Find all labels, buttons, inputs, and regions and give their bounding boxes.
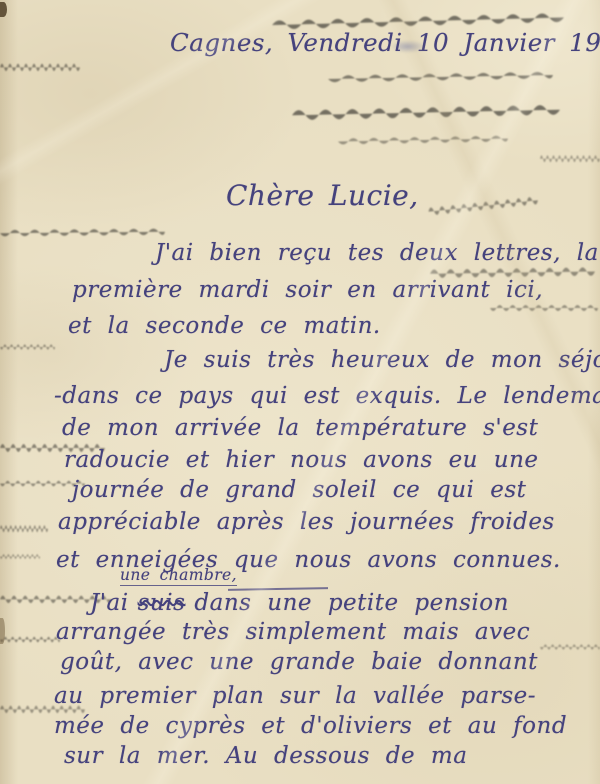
salutation: Chère Lucie,: [226, 178, 419, 213]
body-line-with-correction: J'aisuisdans une petite pension: [90, 589, 509, 618]
ghost-writing-line: [328, 66, 553, 88]
ghost-writing-line: [540, 150, 600, 164]
ghost-writing-line: [427, 190, 538, 217]
body-line: Je suis très heureux de mon séjour: [164, 346, 600, 375]
ghost-writing-line: [292, 97, 560, 123]
body-line: J'ai bien reçu tes deux lettres, la: [155, 239, 599, 268]
insertion-note: une chambre,: [120, 566, 237, 586]
dateline: Cagnes, Vendredi 10 Janvier 1941,: [170, 28, 600, 59]
ghost-writing-line: [540, 640, 600, 654]
letter-page: Cagnes, Vendredi 10 Janvier 1941, Chère …: [0, 0, 600, 784]
body-line: appréciable après les journées froides: [58, 508, 555, 537]
struck-word: suis: [138, 590, 186, 616]
body-line: mée de cyprès et d'oliviers et au fond: [54, 712, 567, 741]
body-line: arrangée très simplement mais avec: [56, 618, 530, 647]
line-text-before-correction: J'ai: [90, 590, 129, 616]
body-line: radoucie et hier nous avons eu une: [64, 446, 539, 475]
body-line: journée de grand soleil ce qui est: [72, 476, 526, 505]
line-text-after-correction: dans une petite pension: [194, 590, 508, 616]
ghost-writing-line: [0, 223, 165, 241]
ghost-writing-line: [0, 340, 55, 354]
body-line: goût, avec une grande baie donnant: [60, 648, 538, 677]
body-line: -dans ce pays qui est exquis. Le lendema…: [54, 382, 600, 411]
body-line: de mon arrivée la température s'est: [62, 414, 538, 443]
body-line: première mardi soir en arrivant ici,: [72, 276, 543, 305]
ghost-writing-line: [338, 131, 508, 150]
ghost-writing-line: [0, 58, 80, 73]
body-line: sur la mer. Au dessous de ma: [64, 742, 467, 771]
ghost-writing-line: [0, 550, 40, 563]
body-line: et la seconde ce matin.: [68, 312, 381, 341]
body-line: au premier plan sur la vallée parse-: [54, 682, 536, 711]
edge-mark: [0, 2, 7, 17]
ghost-writing-line: [0, 632, 60, 647]
edge-mark: [0, 618, 5, 644]
ghost-writing-line: [0, 520, 48, 534]
